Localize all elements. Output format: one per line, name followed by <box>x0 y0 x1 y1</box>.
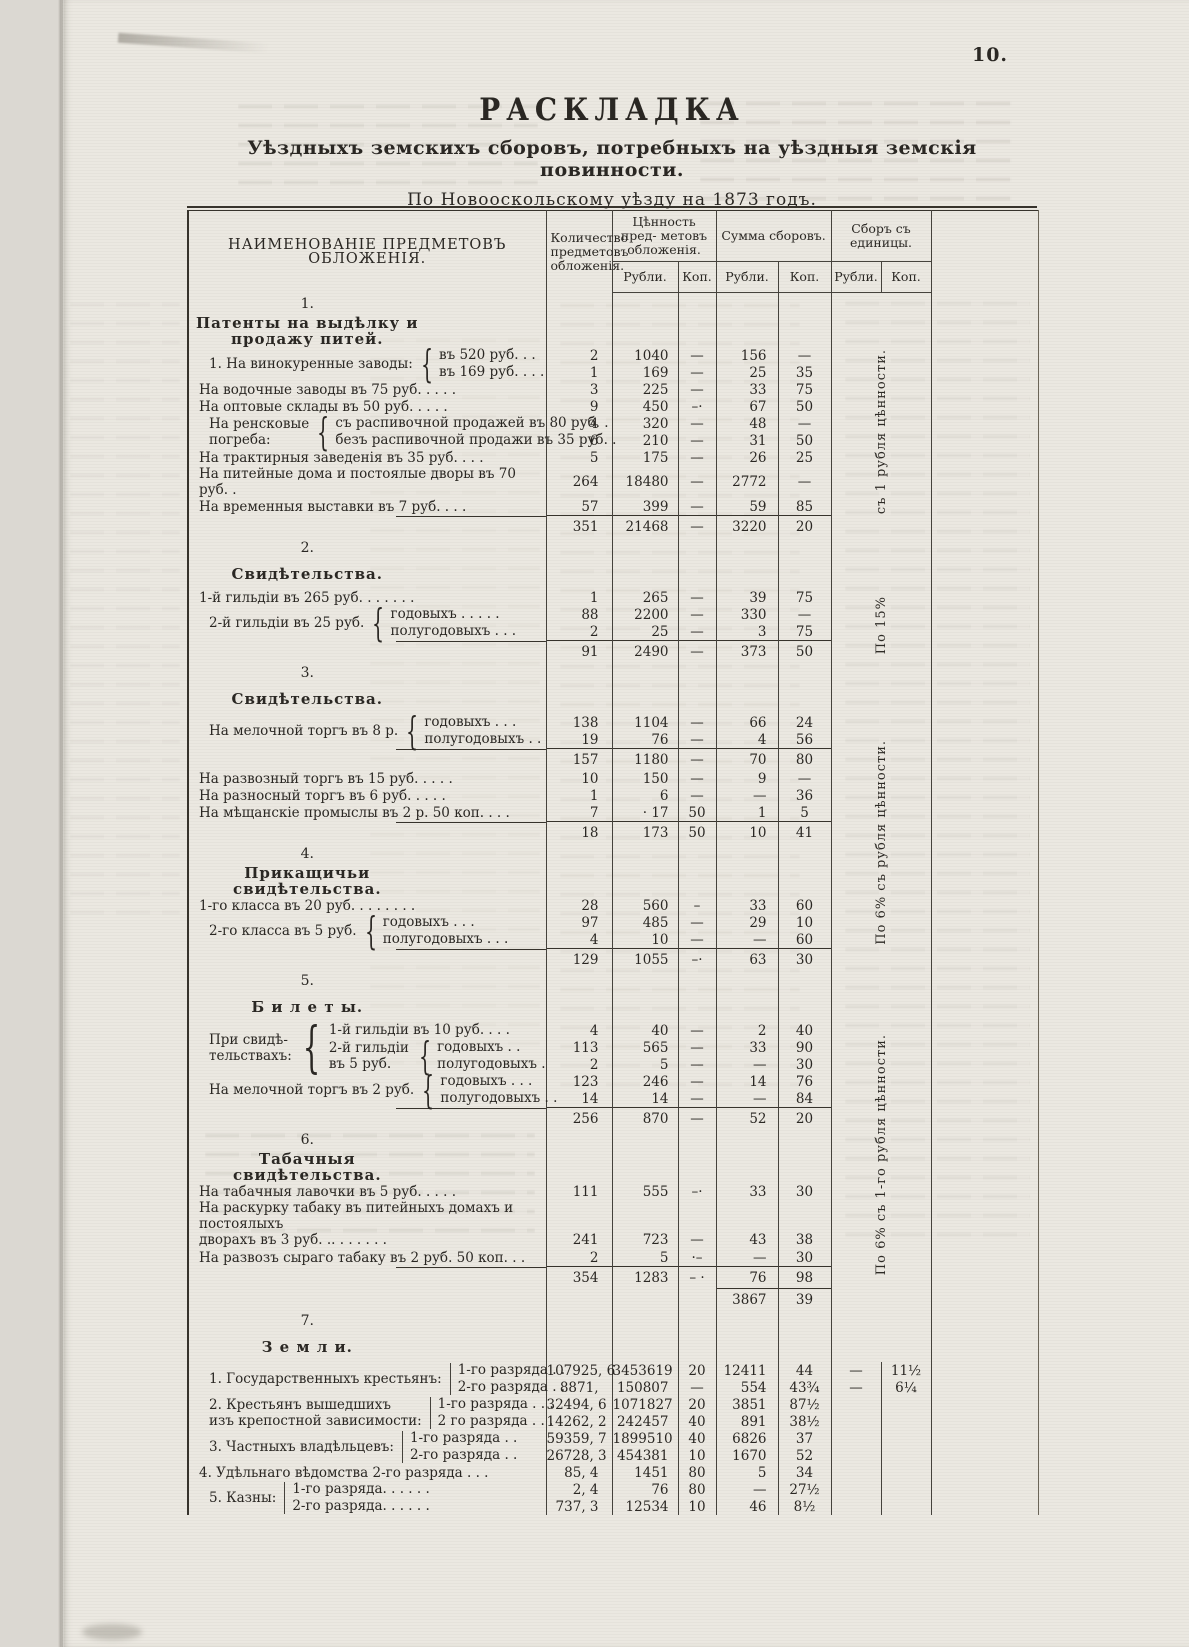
group-items: 1-го разряда . . .2 го разряда . . . <box>438 1396 546 1430</box>
note-cell <box>931 1183 1038 1200</box>
value-cell: 57 <box>546 498 612 516</box>
value-cell <box>881 1267 931 1289</box>
value-cell: 56 <box>778 731 831 749</box>
group-label: На мелочной торгъ въ 8 р.{годовыхъ . . .… <box>188 714 546 749</box>
value-cell: — <box>678 1039 716 1056</box>
note-cell <box>931 1379 1038 1396</box>
note-cell <box>931 315 1038 347</box>
value-cell <box>881 1332 931 1362</box>
value-cell <box>831 897 881 914</box>
value-cell <box>831 415 881 432</box>
value-cell: 320 <box>612 415 678 432</box>
group-items: съ распивочной продажей въ 80 руб. .безъ… <box>335 415 545 449</box>
table-row: 2. <box>188 537 1038 559</box>
value-cell: 80 <box>678 1481 716 1498</box>
value-cell: 21468 <box>612 516 678 538</box>
value-cell: 14 <box>612 1090 678 1108</box>
value-cell <box>881 466 931 498</box>
value-cell: 52 <box>778 1447 831 1464</box>
value-cell <box>881 1447 931 1464</box>
row-label: съ распивочной продажей въ 80 руб. . <box>335 415 545 432</box>
value-cell <box>831 559 881 589</box>
group-prefix-label: 2-й гильдіи въ 5 руб. <box>329 1040 411 1072</box>
section-heading: З е м л и. <box>188 1332 546 1362</box>
value-cell: 39 <box>716 589 778 606</box>
value-cell: 19 <box>546 731 612 749</box>
total-row-label <box>188 749 546 771</box>
grouping-bar <box>402 1431 403 1463</box>
note-cell <box>931 589 1038 606</box>
value-cell: 157 <box>546 749 612 771</box>
value-cell <box>678 1151 716 1183</box>
value-cell: 88 <box>546 606 612 623</box>
value-cell <box>778 315 831 347</box>
value-cell <box>831 623 881 641</box>
note-cell <box>931 804 1038 822</box>
value-cell: — <box>778 415 831 432</box>
value-cell: — <box>678 466 716 498</box>
note-cell <box>931 1039 1038 1056</box>
value-cell <box>678 865 716 897</box>
note-cell <box>931 662 1038 684</box>
table-row: На мѣщанскіе промыслы въ 2 р. 50 коп. . … <box>188 804 1038 822</box>
value-cell <box>831 949 881 971</box>
value-cell <box>881 1249 931 1267</box>
row-label: На развозный торгъ въ 15 руб. . . . . <box>188 770 546 787</box>
value-cell: 24 <box>778 714 831 731</box>
row-label: годовыхъ . . . . . <box>391 606 546 623</box>
value-cell: 33 <box>716 381 778 398</box>
value-cell <box>612 315 678 347</box>
value-cell <box>881 662 931 684</box>
value-cell: 31 <box>716 432 778 449</box>
value-cell <box>778 1129 831 1151</box>
value-cell: 4 <box>546 1022 612 1039</box>
value-cell <box>831 498 881 516</box>
value-cell: 33 <box>716 897 778 914</box>
value-cell: 3453619 <box>612 1362 678 1379</box>
brace-group: На ренсковые погреба:{съ распивочной про… <box>199 415 546 449</box>
group-prefix-label: На ренсковые погреба: <box>209 416 309 448</box>
value-cell: 50 <box>678 822 716 844</box>
value-cell <box>881 804 931 822</box>
value-cell: — <box>678 347 716 364</box>
row-label: 1-го разряда . . <box>410 1430 546 1447</box>
section-heading: Табачныя свидѣтельства. <box>188 1151 546 1183</box>
value-cell <box>716 684 778 714</box>
group-items: годовыхъ . . .полугодовыхъ . . <box>424 714 545 748</box>
value-cell: 76 <box>612 731 678 749</box>
value-cell: 107925, 6 <box>546 1362 612 1379</box>
value-cell: 3867 <box>716 1289 778 1311</box>
value-cell: 2772 <box>716 466 778 498</box>
row-label: На раскурку табаку въ питейныхъ домахъ и… <box>188 1200 546 1249</box>
value-cell <box>716 559 778 589</box>
section-number: 2. <box>188 537 546 559</box>
value-cell <box>546 684 612 714</box>
value-cell: — <box>778 770 831 787</box>
value-cell <box>831 432 881 449</box>
value-cell: — <box>678 381 716 398</box>
note-cell <box>931 466 1038 498</box>
value-cell <box>831 843 881 865</box>
group-label: 1. Государственныхъ крестьянъ:1-го разря… <box>188 1362 546 1396</box>
value-cell: 399 <box>612 498 678 516</box>
note-cell <box>931 731 1038 749</box>
value-cell: — <box>716 1056 778 1073</box>
value-cell: — <box>678 498 716 516</box>
value-cell: — <box>678 731 716 749</box>
value-cell: 4 <box>546 931 612 949</box>
grouping-brace: { <box>422 1073 434 1107</box>
table-row: 4. Удѣльнаго вѣдомства 2-го разряда . . … <box>188 1464 1038 1481</box>
value-cell: 3220 <box>716 516 778 538</box>
total-row-label <box>188 822 546 844</box>
table-body: 1.Патенты на выдѣлку и продажу питей.1. … <box>188 293 1038 1516</box>
group-prefix-label: 2-й гильдіи въ 25 руб. <box>209 615 364 631</box>
value-cell: 242457 <box>612 1413 678 1430</box>
value-cell: 351 <box>546 516 612 538</box>
value-cell: 1104 <box>612 714 678 731</box>
value-cell <box>678 662 716 684</box>
row-label: На мѣщанскіе промыслы въ 2 р. 50 коп. . … <box>188 804 546 822</box>
value-cell <box>831 1447 881 1464</box>
value-cell <box>612 1129 678 1151</box>
value-cell <box>716 865 778 897</box>
value-cell: 41 <box>778 822 831 844</box>
value-cell: 1451 <box>612 1464 678 1481</box>
note-cell <box>931 1073 1038 1090</box>
value-cell: 1 <box>546 589 612 606</box>
value-cell: 5 <box>546 449 612 466</box>
group-prefix-label: 2-го класса въ 5 руб. <box>209 923 357 939</box>
value-cell: — <box>678 1090 716 1108</box>
value-cell: 2 <box>546 623 612 641</box>
value-cell <box>881 415 931 432</box>
value-cell: 264 <box>546 466 612 498</box>
grouping-brace: { <box>303 1022 321 1073</box>
value-cell <box>881 1056 931 1073</box>
row-label: 1-й гильдіи въ 10 руб. . . . <box>329 1022 546 1039</box>
row-label: 1-го разряда . . . <box>438 1396 546 1413</box>
value-cell: — <box>678 606 716 623</box>
value-cell <box>546 559 612 589</box>
grouping-brace: { <box>372 606 384 640</box>
table-row: На раскурку табаку въ питейныхъ домахъ и… <box>188 1200 1038 1249</box>
value-cell: — <box>678 1200 716 1249</box>
value-cell: 44 <box>778 1362 831 1379</box>
value-cell: 10 <box>716 822 778 844</box>
table-row: Прикащичьи свидѣтельства. <box>188 865 1038 897</box>
value-cell: 76 <box>612 1481 678 1498</box>
note-cell <box>931 398 1038 415</box>
group-prefix-label: 2. Крестьянъ вышедшихъ изъ крепостной за… <box>209 1397 422 1429</box>
value-cell: 256 <box>546 1108 612 1130</box>
row-label: полугодовыхъ . <box>437 1056 545 1073</box>
value-cell: 75 <box>778 381 831 398</box>
group-prefix-label: При свидѣ- тельствахъ: <box>209 1032 292 1064</box>
value-cell <box>831 1073 881 1090</box>
value-cell: 246 <box>612 1073 678 1090</box>
value-cell: 560 <box>612 897 678 914</box>
note-cell <box>931 1498 1038 1515</box>
value-cell <box>831 662 881 684</box>
value-cell: 46 <box>716 1498 778 1515</box>
value-cell <box>831 398 881 415</box>
value-cell <box>612 662 678 684</box>
value-cell <box>831 1129 881 1151</box>
value-cell: 26728, 3 <box>546 1447 612 1464</box>
value-cell: 870 <box>612 1108 678 1130</box>
value-cell <box>881 1498 931 1515</box>
value-cell <box>546 1129 612 1151</box>
value-cell <box>678 684 716 714</box>
value-cell <box>831 1310 881 1332</box>
value-cell: 9 <box>716 770 778 787</box>
value-cell: — <box>678 1379 716 1396</box>
value-cell: 33 <box>716 1183 778 1200</box>
value-cell <box>881 432 931 449</box>
note-cell <box>931 537 1038 559</box>
value-cell <box>678 1310 716 1332</box>
group-items: годовыхъ . .полугодовыхъ . <box>437 1039 545 1073</box>
value-cell: — <box>778 606 831 623</box>
table-row: На трактирныя заведенія въ 35 руб. . . .… <box>188 449 1038 466</box>
value-cell: 1 <box>546 787 612 804</box>
brace-group: На мелочной торгъ въ 2 руб.{годовыхъ . .… <box>199 1073 546 1107</box>
table-row: 2-й гильдіи въ 25 руб.{годовыхъ . . . . … <box>188 606 1038 623</box>
value-cell: 2 <box>546 1056 612 1073</box>
value-cell <box>881 623 931 641</box>
value-cell <box>778 559 831 589</box>
value-cell <box>831 1267 881 1289</box>
table-row: 1. На винокуренные заводы:{въ 520 руб. .… <box>188 347 1038 364</box>
value-cell: 150807 <box>612 1379 678 1396</box>
col-header-empty <box>931 211 1038 293</box>
value-cell: 737, 3 <box>546 1498 612 1515</box>
value-cell: 38 <box>778 1200 831 1249</box>
row-label: 2-го разряда . . <box>410 1447 546 1464</box>
value-cell <box>831 537 881 559</box>
value-cell <box>831 466 881 498</box>
note-cell <box>931 1289 1038 1311</box>
note-cell <box>931 449 1038 466</box>
value-cell: 129 <box>546 949 612 971</box>
value-cell <box>831 1396 881 1413</box>
value-cell <box>881 398 931 415</box>
value-cell: 1055 <box>612 949 678 971</box>
value-cell <box>716 1310 778 1332</box>
value-cell: 156 <box>716 347 778 364</box>
value-cell: 33 <box>716 1039 778 1056</box>
value-cell: — <box>678 1108 716 1130</box>
value-cell <box>831 1022 881 1039</box>
total-row-label <box>188 1267 546 1289</box>
value-cell <box>778 843 831 865</box>
value-cell: — <box>716 1090 778 1108</box>
value-cell: 1899510 <box>612 1430 678 1447</box>
value-cell <box>831 684 881 714</box>
value-cell: 76 <box>716 1267 778 1289</box>
value-cell: 5 <box>612 1056 678 1073</box>
value-cell: 20 <box>678 1396 716 1413</box>
note-cell <box>931 822 1038 844</box>
note-cell <box>931 787 1038 804</box>
note-cell <box>931 606 1038 623</box>
value-cell: 14 <box>716 1073 778 1090</box>
value-cell: 30 <box>778 1183 831 1200</box>
row-label: 1-й гильдіи въ 265 руб. . . . . . . <box>188 589 546 606</box>
row-label: На разносный торгъ въ 6 руб. . . . . <box>188 787 546 804</box>
grouping-bar <box>450 1363 451 1395</box>
value-cell <box>716 970 778 992</box>
value-cell <box>831 1200 881 1249</box>
value-cell: — <box>778 347 831 364</box>
value-cell <box>881 1464 931 1481</box>
note-cell <box>931 1267 1038 1289</box>
value-cell <box>778 865 831 897</box>
brace-group: 1. Государственныхъ крестьянъ:1-го разря… <box>199 1362 546 1396</box>
value-cell: 2 <box>546 1249 612 1267</box>
table-row: 912490—37350 <box>188 641 1038 663</box>
value-cell <box>881 315 931 347</box>
subheader-kopecks: Коп. <box>778 262 831 293</box>
note-cell <box>931 1464 1038 1481</box>
value-cell: 1071827 <box>612 1396 678 1413</box>
value-cell: 98 <box>778 1267 831 1289</box>
note-cell <box>931 293 1038 316</box>
note-cell <box>931 770 1038 787</box>
table-row: З е м л и. <box>188 1332 1038 1362</box>
row-label: въ 169 руб. . . . <box>439 364 546 381</box>
note-cell <box>931 970 1038 992</box>
value-cell: 450 <box>612 398 678 415</box>
note-cell <box>931 1396 1038 1413</box>
value-cell: — <box>678 589 716 606</box>
group-label: На мелочной торгъ въ 2 руб.{годовыхъ . .… <box>188 1073 546 1108</box>
value-cell: 97 <box>546 914 612 931</box>
value-cell: 14262, 2 <box>546 1413 612 1430</box>
group-items: годовыхъ . . .полугодовыхъ . . . <box>383 914 546 948</box>
value-cell: — <box>678 449 716 466</box>
value-cell: — <box>778 466 831 498</box>
note-cell <box>931 949 1038 971</box>
value-cell: — <box>678 415 716 432</box>
value-cell: 26 <box>716 449 778 466</box>
value-cell <box>678 992 716 1022</box>
value-cell <box>546 315 612 347</box>
value-cell: 60 <box>778 897 831 914</box>
table-row: 1-й гильдіи въ 265 руб. . . . . . .1265—… <box>188 589 1038 606</box>
value-cell: — <box>831 1362 881 1379</box>
value-cell: 59359, 7 <box>546 1430 612 1447</box>
value-cell <box>831 822 881 844</box>
value-cell <box>831 381 881 398</box>
value-cell <box>546 293 612 316</box>
value-cell: 723 <box>612 1200 678 1249</box>
row-label: полугодовыхъ . . <box>424 731 545 748</box>
group-label: 5. Казны:1-го разряда. . . . . .2-го раз… <box>188 1481 546 1515</box>
value-cell <box>881 1151 931 1183</box>
value-cell: 225 <box>612 381 678 398</box>
table-row: 1571180—7080 <box>188 749 1038 771</box>
value-cell <box>716 293 778 316</box>
subheader-rubles: Рубли. <box>716 262 778 293</box>
table-row: При свидѣ- тельствахъ:{1-й гильдіи въ 10… <box>188 1022 1038 1039</box>
table-row: На разносный торгъ въ 6 руб. . . . .16——… <box>188 787 1038 804</box>
value-cell: — <box>678 931 716 949</box>
row-label: годовыхъ . . <box>437 1039 545 1056</box>
value-cell <box>881 787 931 804</box>
row-label: 1-го разряда. . . . . . <box>292 1481 545 1498</box>
value-cell: — <box>678 364 716 381</box>
value-cell <box>831 770 881 787</box>
value-cell: — <box>716 931 778 949</box>
value-cell: 90 <box>778 1039 831 1056</box>
value-cell: — <box>716 787 778 804</box>
note-cell <box>931 1200 1038 1249</box>
value-cell <box>678 537 716 559</box>
value-cell: — <box>678 1056 716 1073</box>
value-cell <box>716 1332 778 1362</box>
row-label: полугодовыхъ . . . <box>383 931 546 948</box>
col-header-value: Цѣнность пред- метовъ обложенія. <box>612 211 716 262</box>
row-label: въ 520 руб. . . <box>439 347 546 364</box>
table-row: 1-го класса въ 20 руб. . . . . . . .2856… <box>188 897 1038 914</box>
value-cell <box>881 449 931 466</box>
value-cell: 454381 <box>612 1447 678 1464</box>
value-cell: 50 <box>778 398 831 415</box>
value-cell <box>881 1183 931 1200</box>
value-cell: 60 <box>778 931 831 949</box>
value-cell <box>881 1022 931 1039</box>
brace-group: На мелочной торгъ въ 8 р.{годовыхъ . . .… <box>199 714 546 748</box>
note-cell <box>931 498 1038 516</box>
value-cell <box>831 589 881 606</box>
binding-fold <box>58 0 64 1647</box>
grouping-bar <box>284 1482 285 1514</box>
value-cell <box>831 1430 881 1447</box>
value-cell: 50 <box>778 641 831 663</box>
table-row: На временныя выставки въ 7 руб. . . .573… <box>188 498 1038 516</box>
row-label: 2-го разряда. . . . . . <box>292 1498 545 1515</box>
value-cell <box>831 787 881 804</box>
note-cell <box>931 1447 1038 1464</box>
value-cell: 25 <box>612 623 678 641</box>
value-cell <box>716 1129 778 1151</box>
value-cell <box>881 897 931 914</box>
value-cell <box>716 843 778 865</box>
value-cell <box>881 1108 931 1130</box>
row-label: 1-го разряда . . <box>458 1362 546 1379</box>
note-cell <box>931 1108 1038 1130</box>
section-number: 4. <box>188 843 546 865</box>
row-label: полугодовыхъ . . . <box>391 623 546 640</box>
value-cell: 40 <box>678 1430 716 1447</box>
row-label: 2-го разряда . . <box>458 1379 546 1396</box>
value-cell: — <box>716 1249 778 1267</box>
grouping-bar <box>430 1397 431 1429</box>
subheader-rubles: Рубли. <box>831 262 881 293</box>
value-cell: 70 <box>716 749 778 771</box>
value-cell: 1180 <box>612 749 678 771</box>
value-cell <box>831 1332 881 1362</box>
col-header-quantity: Количество предметовъ обложенія. <box>546 211 612 293</box>
value-cell <box>881 843 931 865</box>
table-row: Свидѣтельства. <box>188 559 1038 589</box>
row-label: годовыхъ . . . <box>424 714 545 731</box>
row-label: На табачныя лавочки въ 5 руб. . . . . <box>188 1183 546 1200</box>
